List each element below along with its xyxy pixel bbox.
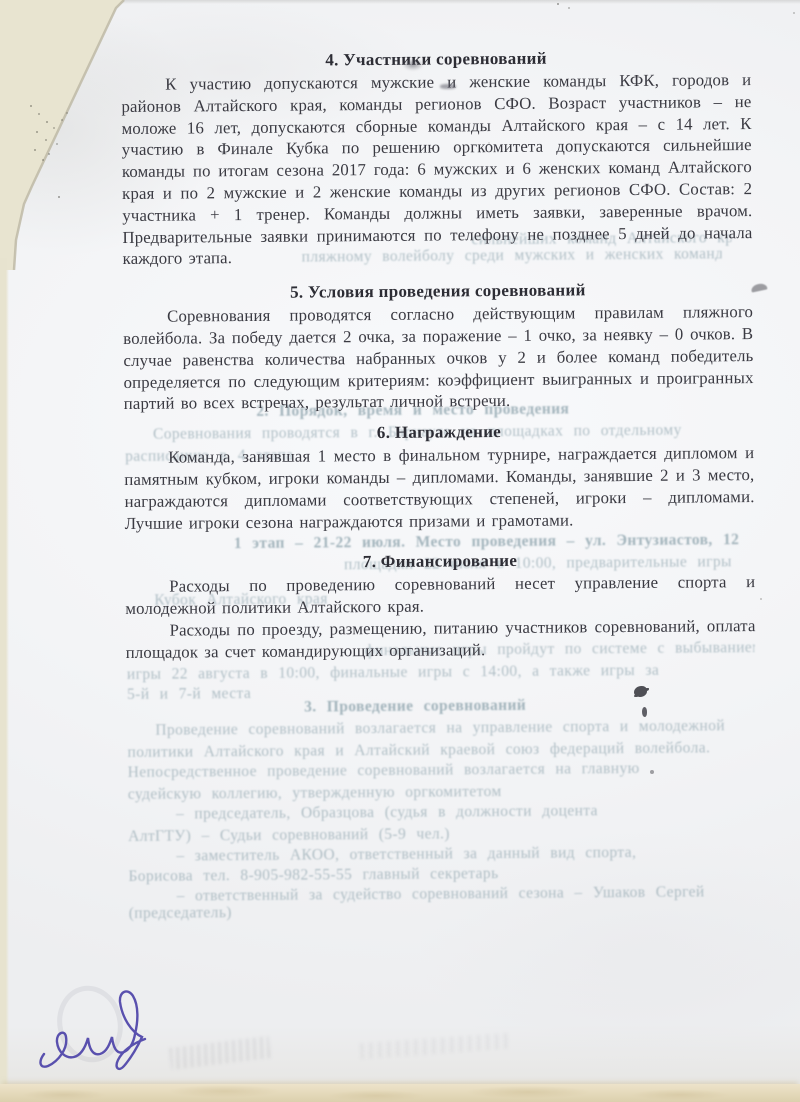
section-heading-conditions: 5. Условия проведения соревнований bbox=[123, 279, 753, 304]
section-heading-awards: 6. Награждение bbox=[124, 420, 754, 445]
scanner-background-left-strip bbox=[0, 258, 9, 1086]
ink-smudge-on-heading bbox=[398, 56, 428, 73]
dust-specks bbox=[0, 0, 2, 2]
section-paragraph-awards: Команда, занявшая 1 место в финальном ту… bbox=[124, 442, 755, 534]
scanner-background-bottom-strip bbox=[0, 1084, 800, 1102]
signature-ink bbox=[28, 982, 168, 1090]
section-heading-participants: 4. Участники соревнований bbox=[121, 47, 751, 72]
folded-corner-scanner-background bbox=[0, 0, 150, 270]
ink-speck bbox=[650, 770, 654, 774]
ink-blot-small bbox=[642, 707, 647, 717]
ink-smudge-line1 bbox=[440, 84, 456, 89]
section-paragraph-participants: К участию допускаются мужские и женские … bbox=[121, 69, 753, 270]
section-paragraph-financing-2: Расходы по проезду, размещению, питанию … bbox=[125, 615, 755, 664]
section-heading-financing: 7. Финансирование bbox=[125, 549, 755, 574]
scanned-page: сильнейших команд Алтайского краяпляжном… bbox=[0, 0, 800, 1102]
section-paragraph-financing-1: Расходы по проведению соревнований несет… bbox=[125, 571, 755, 620]
document-content: 4. Участники соревнований К участию допу… bbox=[121, 47, 756, 663]
section-paragraph-conditions: Соревнования проводятся согласно действу… bbox=[123, 301, 754, 415]
